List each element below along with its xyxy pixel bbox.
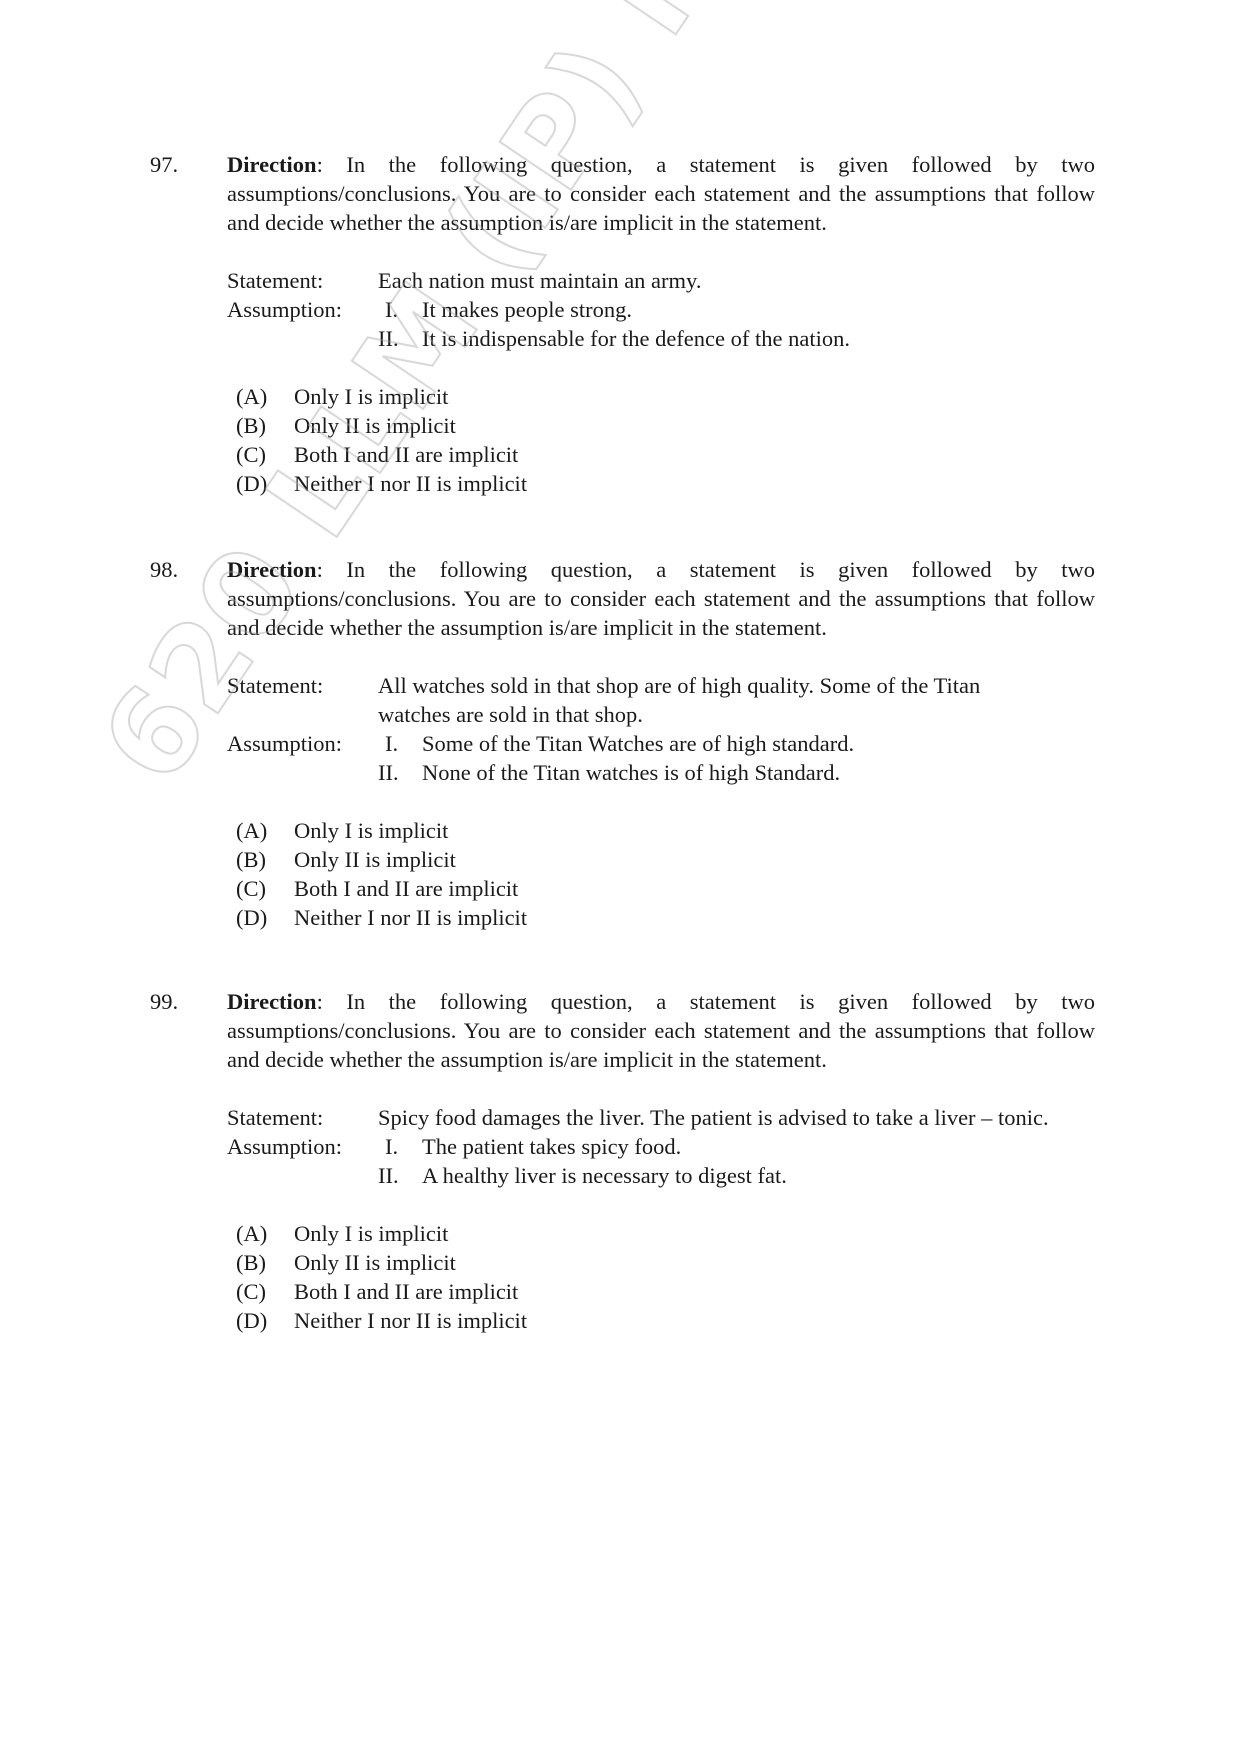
question-98: 98. Direction: In the following question… — [150, 555, 1095, 932]
direction-paragraph: Direction: In the following question, a … — [227, 150, 1095, 237]
option-b[interactable]: (B)Only II is implicit — [236, 1248, 1095, 1277]
direction-label: Direction — [227, 152, 317, 177]
statement-text: Spicy food damages the liver. The patien… — [378, 1103, 1095, 1132]
options-list: (A)Only I is implicit (B)Only II is impl… — [236, 1219, 1095, 1335]
assumption-row-1: Assumption: I. Some of the Titan Watches… — [227, 729, 1095, 758]
statement-row: Statement: Spicy food damages the liver.… — [227, 1103, 1095, 1132]
exam-page: 97. Direction: In the following question… — [0, 0, 1240, 1755]
option-c[interactable]: (C)Both I and II are implicit — [236, 874, 1095, 903]
assumption-row-1: Assumption: I. It makes people strong. — [227, 295, 1095, 324]
assumption-numeral: I. — [378, 729, 422, 758]
direction-text: : In the following question, a statement… — [227, 989, 1095, 1072]
direction-paragraph: Direction: In the following question, a … — [227, 555, 1095, 642]
option-d[interactable]: (D)Neither I nor II is implicit — [236, 469, 1095, 498]
question-97: 97. Direction: In the following question… — [150, 150, 1095, 498]
statement-row: Statement: All watches sold in that shop… — [227, 671, 1095, 729]
assumption-label: Assumption: — [227, 295, 378, 324]
statement-label: Statement: — [227, 671, 378, 729]
statement-label: Statement: — [227, 1103, 378, 1132]
assumption-numeral: I. — [378, 1132, 422, 1161]
statement-text: All watches sold in that shop are of hig… — [378, 671, 1095, 729]
direction-text: : In the following question, a statement… — [227, 152, 1095, 235]
options-list: (A)Only I is implicit (B)Only II is impl… — [236, 816, 1095, 932]
question-number: 97. — [150, 150, 178, 179]
assumption-numeral: I. — [378, 295, 422, 324]
assumption-text: Some of the Titan Watches are of high st… — [422, 729, 854, 758]
statement-text: Each nation must maintain an army. — [378, 266, 1095, 295]
question-99: 99. Direction: In the following question… — [150, 987, 1095, 1335]
assumption-row-1: Assumption: I. The patient takes spicy f… — [227, 1132, 1095, 1161]
direction-label: Direction — [227, 557, 317, 582]
assumption-text: The patient takes spicy food. — [422, 1132, 681, 1161]
assumption-text: None of the Titan watches is of high Sta… — [422, 758, 840, 787]
assumption-row-2: II. A healthy liver is necessary to dige… — [227, 1161, 1095, 1190]
option-a[interactable]: (A)Only I is implicit — [236, 1219, 1095, 1248]
assumption-text: It makes people strong. — [422, 295, 632, 324]
option-a[interactable]: (A)Only I is implicit — [236, 382, 1095, 411]
assumption-label: Assumption: — [227, 1132, 378, 1161]
option-b[interactable]: (B)Only II is implicit — [236, 845, 1095, 874]
direction-paragraph: Direction: In the following question, a … — [227, 987, 1095, 1074]
assumption-row-2: II. It is indispensable for the defence … — [227, 324, 1095, 353]
assumption-numeral: II. — [378, 1161, 422, 1190]
question-number: 98. — [150, 555, 178, 584]
option-d[interactable]: (D)Neither I nor II is implicit — [236, 1306, 1095, 1335]
direction-text: : In the following question, a statement… — [227, 557, 1095, 640]
option-a[interactable]: (A)Only I is implicit — [236, 816, 1095, 845]
assumption-text: It is indispensable for the defence of t… — [422, 324, 850, 353]
option-b[interactable]: (B)Only II is implicit — [236, 411, 1095, 440]
option-d[interactable]: (D)Neither I nor II is implicit — [236, 903, 1095, 932]
assumption-numeral: II. — [378, 324, 422, 353]
assumption-text: A healthy liver is necessary to digest f… — [422, 1161, 787, 1190]
option-c[interactable]: (C)Both I and II are implicit — [236, 440, 1095, 469]
assumption-row-2: II. None of the Titan watches is of high… — [227, 758, 1095, 787]
direction-label: Direction — [227, 989, 317, 1014]
options-list: (A)Only I is implicit (B)Only II is impl… — [236, 382, 1095, 498]
statement-label: Statement: — [227, 266, 378, 295]
assumption-numeral: II. — [378, 758, 422, 787]
assumption-label: Assumption: — [227, 729, 378, 758]
option-c[interactable]: (C)Both I and II are implicit — [236, 1277, 1095, 1306]
question-number: 99. — [150, 987, 178, 1016]
statement-row: Statement: Each nation must maintain an … — [227, 266, 1095, 295]
